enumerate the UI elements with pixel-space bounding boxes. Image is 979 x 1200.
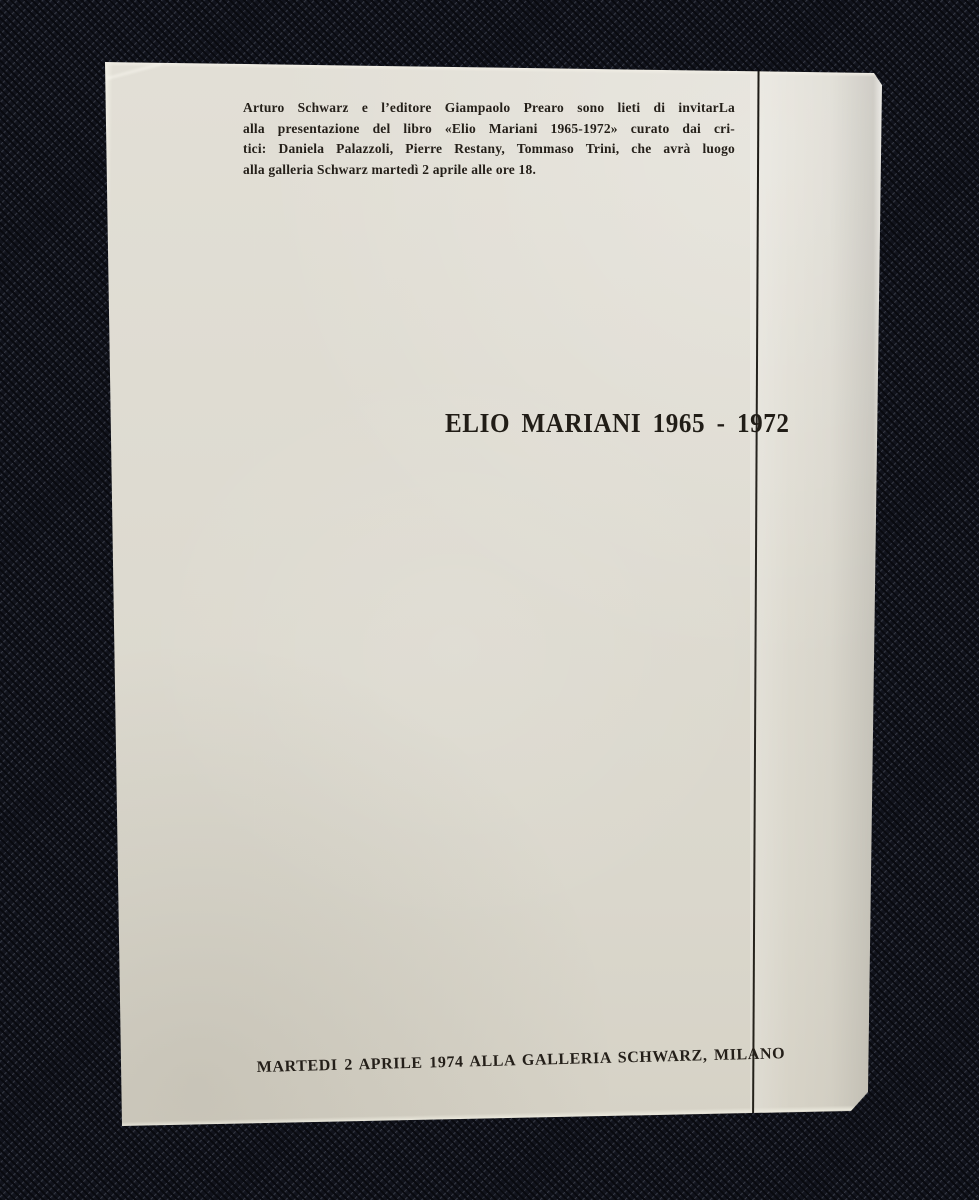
invitation-paragraph: Arturo Schwarz e l’editore Giampaolo Pre… <box>243 98 735 180</box>
invitation-line-1: Arturo Schwarz e l’editore Giampaolo Pre… <box>243 98 735 119</box>
card-top-edge-highlight <box>104 62 886 77</box>
card-right-flap-shading <box>750 62 884 1129</box>
invitation-line-2: alla presentazione del libro «Elio Maria… <box>243 119 735 140</box>
invitation-line-4: alla galleria Schwarz martedì 2 aprile a… <box>243 160 735 181</box>
photo-of-invitation-card: { "scene": { "description": "Photograph … <box>0 0 979 1200</box>
invitation-line-3: tici: Daniela Palazzoli, Pierre Restany,… <box>243 139 735 160</box>
event-date-line: MARTEDI 2 APRILE 1974 ALLA GALLERIA SCHW… <box>257 1046 786 1076</box>
card-left-edge-highlight <box>85 58 113 1133</box>
book-title: ELIO MARIANI 1965 - 1972 <box>445 410 789 437</box>
card-bottom-edge-highlight <box>116 1105 861 1127</box>
invitation-card: Arturo Schwarz e l’editore Giampaolo Pre… <box>104 62 883 1129</box>
